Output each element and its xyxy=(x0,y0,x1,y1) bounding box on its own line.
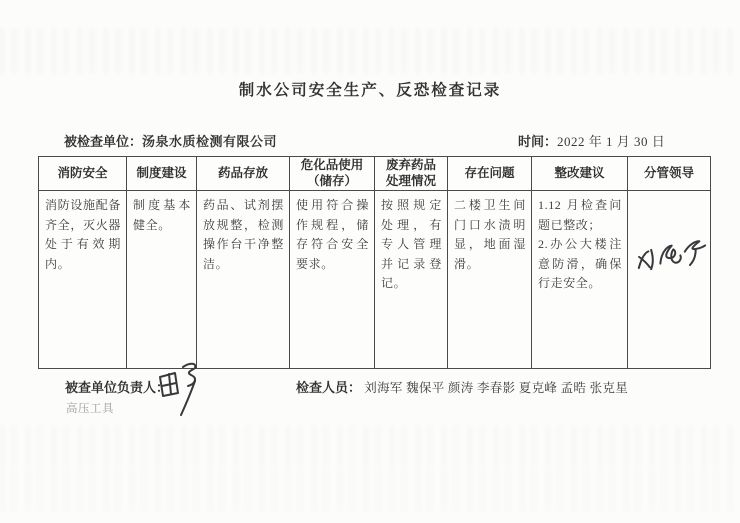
cell-medicine-storage: 药品、试剂摆放规整，检测操作台干净整洁。 xyxy=(197,191,290,369)
inspectors-label: 检查人员： xyxy=(296,380,361,395)
scan-bleed-artifact-top xyxy=(0,28,740,74)
inspector-names: 刘海军 魏保平 颜涛 李春影 夏克峰 孟晧 张克星 xyxy=(364,381,628,395)
cell-system-building: 制度基本健全。 xyxy=(127,191,197,369)
cell-leader-signature xyxy=(628,191,711,369)
inspection-table: 消防安全 制度建设 药品存放 危化品使用 （储存） 废弃药品 处理情况 存在问题… xyxy=(38,156,711,369)
header-hazmat-use: 危化品使用 （储存） xyxy=(290,157,375,191)
scan-bleed-artifact-middle xyxy=(0,425,740,467)
table-body-row: 消防设施配备齐全，灭火器处于有效期内。 制度基本健全。 药品、试剂摆放规整，检测… xyxy=(39,191,711,369)
header-waste-disposal: 废弃药品 处理情况 xyxy=(375,157,448,191)
header-medicine-storage: 药品存放 xyxy=(197,157,290,191)
cell-existing-problems: 二楼卫生间门口水渍明显，地面湿滑。 xyxy=(448,191,532,369)
header-existing-problems: 存在问题 xyxy=(448,157,532,191)
scan-bleed-artifact-bottom xyxy=(0,468,740,512)
date-label: 时间： xyxy=(518,134,557,149)
inspectors-line: 检查人员： 刘海军 魏保平 颜涛 李春影 夏克峰 孟晧 张克星 xyxy=(296,377,628,396)
cell-rectification: 1.12 月检查问题已整改； 2.办公大楼注意防滑，确保行走安全。 xyxy=(532,191,628,369)
cell-hazmat-use: 使用符合操作规程，储存符合安全要求。 xyxy=(290,191,375,369)
inspected-unit-value: 汤泉水质检测有限公司 xyxy=(142,134,277,149)
inspected-unit-line: 被检查单位：汤泉水质检测有限公司 xyxy=(64,131,277,150)
header-leader-in-charge: 分管领导 xyxy=(628,157,711,191)
header-system-building: 制度建设 xyxy=(127,157,197,191)
cell-fire-safety: 消防设施配备齐全，灭火器处于有效期内。 xyxy=(39,191,127,369)
scanned-document-page: 制水公司安全生产、反恐检查记录 被检查单位：汤泉水质检测有限公司 时间：2022… xyxy=(0,0,740,523)
date-value: 2022 年 1 月 30 日 xyxy=(557,134,665,149)
table-header-row: 消防安全 制度建设 药品存放 危化品使用 （储存） 废弃药品 处理情况 存在问题… xyxy=(39,157,711,191)
meta-row: 被检查单位：汤泉水质检测有限公司 时间：2022 年 1 月 30 日 xyxy=(0,131,740,149)
inspected-unit-label: 被检查单位： xyxy=(64,134,142,149)
page-title: 制水公司安全生产、反恐检查记录 xyxy=(0,78,740,100)
leader-handwritten-signature xyxy=(630,227,710,281)
cell-waste-disposal: 按照规定处理，有专人管理并记录登记。 xyxy=(375,191,448,369)
faint-bleed-text: 高压工具 xyxy=(66,400,114,416)
date-line: 时间：2022 年 1 月 30 日 xyxy=(518,131,665,150)
header-fire-safety: 消防安全 xyxy=(39,157,127,191)
header-rectification: 整改建议 xyxy=(532,157,628,191)
responsible-person-handwritten-signature xyxy=(150,357,208,417)
